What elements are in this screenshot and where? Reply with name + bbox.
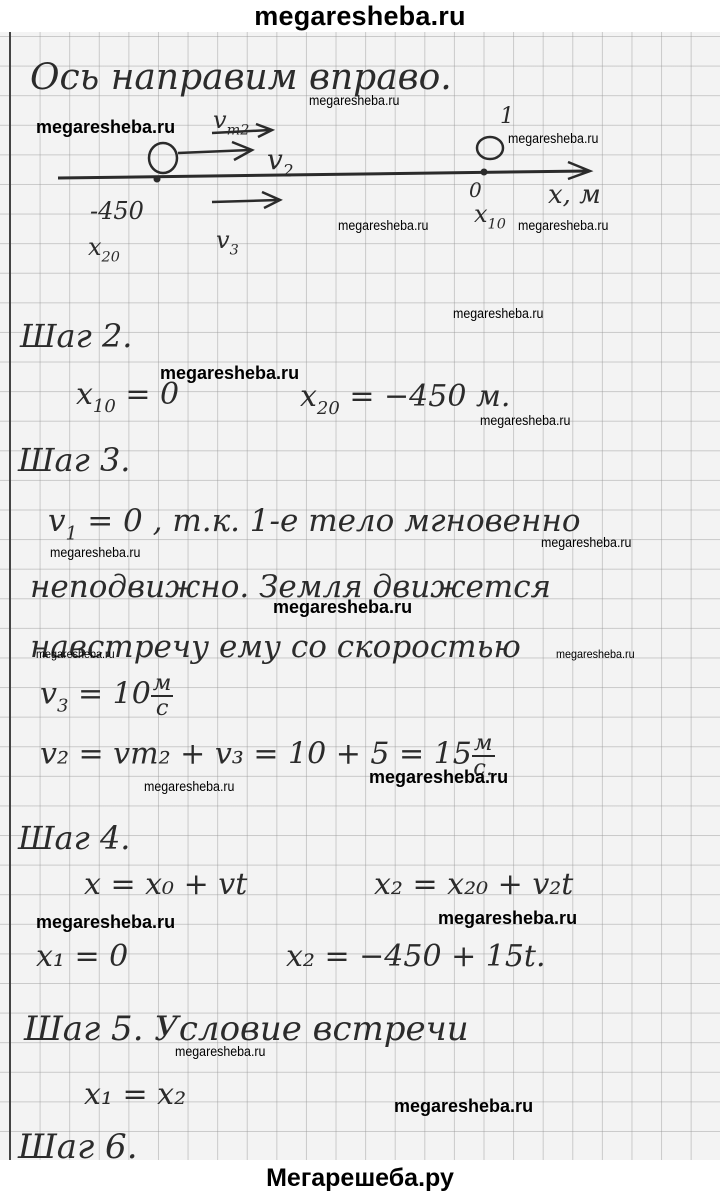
watermark: megaresheba.ru [508,131,598,146]
velocity-2-label: v2 [267,146,294,179]
x20-equation: x20 = −450 м. [300,382,510,418]
watermark: megaresheba.ru [338,218,428,233]
watermark: megaresheba.ru [144,779,234,794]
velocity-t2-label: vт2 [213,108,249,138]
watermark: megaresheba.ru [175,1044,265,1059]
watermark: megaresheba.ru [50,545,140,560]
x-axis-line [58,171,588,178]
watermark: megaresheba.ru [36,647,115,661]
watermark: megaresheba.ru [273,597,412,618]
x1-equation: x₁ = 0 [36,942,128,972]
velocity-3-label: v3 [216,228,239,258]
x10-equation: x10 = 0 [76,380,179,416]
step-5-title: Шаг 5. Условие встречи [24,1012,469,1046]
x10-label: x10 [474,202,506,232]
watermark: megaresheba.ru [309,93,399,108]
body-1-point [481,169,488,176]
step-3-title: Шаг 3. [18,444,130,476]
watermark: megaresheba.ru [369,767,508,788]
body-2-start-coordinate: -450 [90,199,144,223]
origin-label: 0 [469,180,482,200]
step-2-title: Шаг 2. [20,320,132,352]
watermark: megaresheba.ru [160,363,299,384]
notebook-page: Ось направим вправо. vт2 v2 v3 1 -450 x2… [0,32,720,1160]
body-1-circle [477,137,503,159]
watermark: megaresheba.ru [394,1096,533,1117]
body-1-number: 1 [500,106,514,128]
body-2-point [154,176,161,183]
x2-equation: x₂ = −450 + 15t. [286,942,546,972]
general-motion-equation: x = x₀ + vt [84,870,247,900]
watermark: megaresheba.ru [453,306,543,321]
step-6-title: Шаг 6. [18,1130,138,1160]
watermark: megaresheba.ru [518,218,608,233]
x20-label: x20 [88,235,120,265]
watermark: megaresheba.ru [36,117,175,138]
watermark: megaresheba.ru [541,535,631,550]
site-footer-brand[interactable]: Мегарешеба.ру [0,1160,720,1197]
body-2-circle [149,143,177,173]
watermark: megaresheba.ru [480,413,570,428]
meeting-condition: x₁ = x₂ [84,1080,186,1110]
v1-statement: v1 = 0 , т.к. 1-е тело мгновенно [48,506,581,544]
x2-general-equation: x₂ = x₂₀ + v₂t [374,870,573,900]
watermark: megaresheba.ru [36,912,175,933]
watermark: megaresheba.ru [438,908,577,929]
step-4-title: Шаг 4. [18,822,130,854]
watermark: megaresheba.ru [556,647,635,661]
axis-label: x, м [548,182,601,208]
v3-equation: v3 = 10мс [40,672,173,719]
site-header-brand[interactable]: megaresheba.ru [0,0,720,32]
